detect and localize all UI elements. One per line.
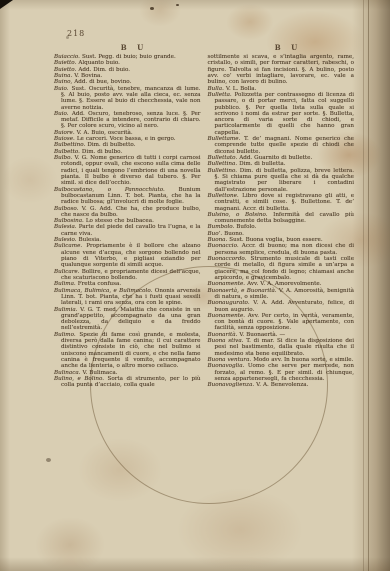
entry-headword: Bulbettino. [54,142,85,148]
entry-headword: Bulinaca. [54,370,80,376]
dictionary-entry: Bulesia. Parte del piede del cavallo tra… [54,224,201,237]
entry-headword: Buino, [54,79,72,85]
dictionary-entry: Buonamente. Avv. Per certo, in verità, v… [208,313,355,332]
running-head-right: B U [253,43,323,52]
entry-headword: Bullettone. [208,193,239,199]
dictionary-entry: Bulicame. Propriamente è il bollore che … [54,243,201,268]
entry-body: V. L. Bolla. [226,86,256,92]
entry-headword: Buonamente. [208,313,246,319]
dictionary-entry: Buonavoglia. Uomo che serve per mercede,… [208,363,355,382]
entry-body: V. G. Nome generico di tutti i corpi car… [61,155,201,186]
entry-headword: Buietto. [54,67,76,73]
dictionary-entry: Buio. Add. Oscuro, tenebroso, senza luce… [54,111,201,130]
entry-headword: Bulicare. [54,269,80,275]
page-edge-line [368,0,369,571]
dictionary-entry: Buona stiva. T. di mar. Si dice la dispo… [208,338,355,357]
entry-body: Dim. di bulletta. [239,161,285,167]
entry-headword: Buonavoglienza. [208,382,255,388]
entry-headword: Bulimia. [54,307,78,313]
entry-headword: Bulletta. [208,92,232,98]
entry-headword: Buonavoglia. [208,363,245,369]
dark-corner-fold [0,0,13,9]
entry-body: Dim. di bulbetto. [87,142,135,148]
dictionary-entry: Bulbocastano, o Pannocchiuto. Bunium bul… [54,187,201,206]
ink-speck [150,7,154,10]
entry-headword: Bullettina. [208,161,238,167]
scanned-book-page: 218 B U B U Buiaccio. Sust. Pegg. di bui… [0,0,390,571]
dictionary-entry: Buonavoglienza. V. A. Benevolenza. [208,382,355,388]
entry-headword: Buio. [54,86,69,92]
entry-headword: Buonaccio. [208,243,239,249]
entry-body: V. G. T. med. Malattia che consiste in u… [61,307,201,332]
entry-body: V. Bulimaca. [82,370,117,376]
ink-speck [176,4,179,6]
dictionary-entry: Bulbo. V. G. Nome generico di tutti i co… [54,155,201,187]
entry-body: V. A. Benevolenza. [256,382,308,388]
entry-body: Bollire, e propriamente dicesi dell’acqu… [61,269,201,281]
dictionary-entry: Buonaccordo. Strumento musicale di tasti… [208,256,355,281]
running-head-left: B U [99,43,169,52]
right-column: sottilmente si scava, e s’intaglia argen… [208,54,355,389]
entry-body: Buono. [224,231,244,237]
entry-headword: Buonaugurato. [208,300,250,306]
entry-body: V. A. Buio, oscurità. [77,130,133,136]
entry-body: V. Buonaertà. — [239,332,285,338]
dictionary-entry: Bulletta. Polizzetta per contrassegno di… [208,92,355,136]
entry-headword: Buo’. [208,231,223,237]
entry-headword: Bulla. [208,86,224,92]
entry-body: Sust. Oscurità, tenebre, mancanza di lum… [61,86,201,111]
dictionary-entry: Bulimia. V. G. T. med. Malattia che cons… [54,307,201,332]
entry-headword: Bulima. [54,281,76,287]
entry-body: Alquanto buio. [78,60,120,66]
entry-body: Polizzetta per contrassegno di licenza d… [215,92,355,136]
page-number: 218 [67,29,85,38]
entry-body: Add. Dim. di buio. [78,67,130,73]
entry-headword: Bulbocastano, o Pannocchiuto. [54,187,165,193]
entry-body: Avv. V. A. Amorevolmente. [247,281,321,287]
page-edge-line [363,0,364,571]
entry-body: Add. Oscuro, tenebroso, senza luce. §. P… [61,111,201,130]
dictionary-entry: Bulicare. Bollire, e propriamente dicesi… [54,269,201,282]
entry-body: Dim. di bulbo. [82,149,122,155]
entry-body: Bufolo. [236,224,256,230]
right-column-entries: Bulla. V. L. Bolla. Bulletta. Polizzetta… [208,86,355,389]
entry-headword: Buonamente. [208,281,246,287]
dictionary-entry: Buonaugurato. V. A. Add. Avventurato, fe… [208,300,355,313]
entry-body: V. G. Add. Che ha, che produce bulbo, ch… [61,206,201,218]
entry-body: Fretta confusa. [78,281,121,287]
entry-headword: Buiore. [54,130,75,136]
entry-body: Add. di bue, bovino. [74,79,131,85]
entry-headword: Bulboso. [54,206,78,212]
entry-headword: Buonarità. [208,332,238,338]
entry-headword: Bulicame. [54,243,82,249]
dictionary-entry: Bulimaca, Bulimica, e Bulimacolo. Ononis… [54,288,201,307]
entry-headword: Bulimo. [54,332,76,338]
entry-headword: Buietto. [54,60,76,66]
entry-headword: Bulsino, o Bolsino. [208,212,268,218]
entry-continuation: sottilmente si scava, e s’intaglia argen… [208,54,355,86]
dictionary-entry: Buio. Sust. Oscurità, tenebre, mancanza … [54,86,201,111]
dictionary-entry: Bulsino, o Bolsino. Infermità del cavall… [208,212,355,225]
entry-body: Parte del piede del cavallo tra l’ugna, … [61,224,201,236]
entry-headword: Bulimaca, Bulimica, e Bulimacolo. [54,288,152,294]
entry-headword: Buonaertà, e Buonarità. [208,288,277,294]
dictionary-entry: Bullettino. Dim. di bulletta, polizza, b… [208,168,355,193]
entry-headword: Bullettino. [208,168,238,174]
entry-headword: Bulbetto. [54,149,80,155]
dictionary-entry: Bullettame. T. de’ magnani. Nome generic… [208,136,355,155]
entry-headword: Bumbolo. [208,224,235,230]
entry-body: Propriamente è il bollore che alzano alc… [61,243,201,268]
left-column: Buiaccio. Sust. Pegg. di buio; buio gran… [54,54,201,389]
dictionary-entry: Bullettone. Libro dove si registravano g… [208,193,355,212]
dictionary-entry: Bulboso. V. G. Add. Che ha, che produce … [54,206,201,219]
dictionary-entry: Bulimo. Spezie di fame così grande, e mo… [54,332,201,370]
entry-headword: Bulesia. [54,224,77,230]
ink-speck [46,458,51,462]
entry-headword: Buio. [54,111,69,117]
dictionary-entry: Buonaertà, e Buonarità. V. A. Amorosità,… [208,288,355,301]
entry-body: Spezie di fame così grande, e molesta, d… [61,332,201,370]
dictionary-entry: Bulino, e Bolino. Sorta di strumento, pe… [54,376,201,389]
text-block: Buiaccio. Sust. Pegg. di buio; buio gran… [54,54,354,389]
dictionary-entry: Buonaccio. Accr. di buono; ma non dicesi… [208,243,355,256]
